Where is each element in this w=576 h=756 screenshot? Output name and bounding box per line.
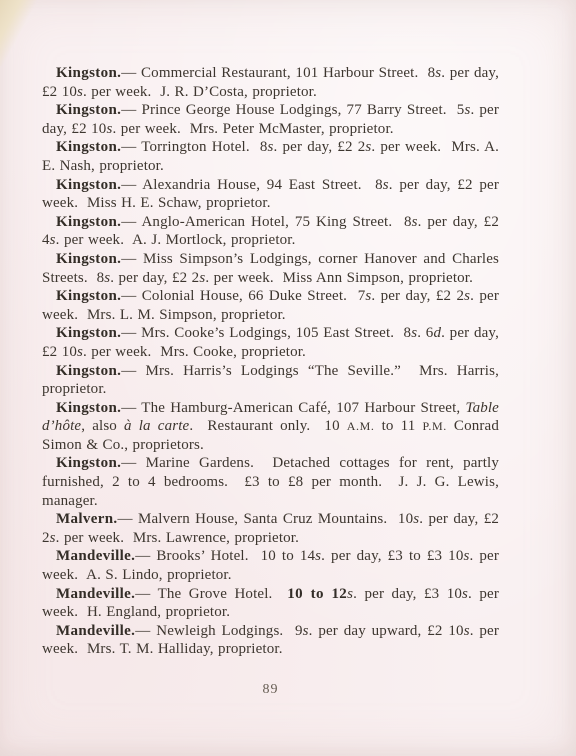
page-corner-fold	[0, 0, 38, 66]
directory-entry: Kingston.— Alexandria House, 94 East Str…	[42, 176, 499, 213]
entry-text: . per day, £2 2	[274, 139, 366, 155]
entry-text: — The Hamburg-American Café, 107 Harbour…	[121, 400, 465, 416]
directory-entry: Kingston.— Prince George House Lodgings,…	[42, 101, 499, 138]
directory-entry: Mandeville.— Newleigh Lodgings. 9s. per …	[42, 622, 499, 659]
entry-text: — Alexandria House, 94 East Street. 8	[121, 177, 383, 193]
entry-text: . per day, £3 10	[353, 586, 462, 602]
entry-text: to 11	[375, 418, 423, 434]
place-name: Mandeville.	[56, 623, 135, 639]
entry-text: à la carte	[124, 418, 189, 434]
place-name: Kingston.	[56, 214, 121, 230]
place-name: Kingston.	[56, 363, 121, 379]
entries-list: Kingston.— Commercial Restaurant, 101 Ha…	[42, 64, 499, 659]
entry-text: — Torrington Hotel. 8	[121, 139, 267, 155]
directory-entry: Kingston.— Mrs. Harris’s Lodgings “The S…	[42, 362, 499, 399]
entry-text: — Malvern House, Santa Cruz Mountains. 1…	[118, 511, 414, 527]
place-name: Kingston.	[56, 139, 121, 155]
page-number: 89	[42, 682, 499, 698]
entry-text: , also	[81, 418, 124, 434]
entry-text: . per week. A. J. Mortlock, proprietor.	[56, 232, 296, 248]
directory-entry: Kingston.— Colonial House, 66 Duke Stree…	[42, 287, 499, 324]
place-name: 10 to 12	[287, 586, 347, 602]
directory-entry: Mandeville.— Brooks’ Hotel. 10 to 14s. p…	[42, 547, 499, 584]
entry-text: — Colonial House, 66 Duke Street. 7	[121, 288, 365, 304]
directory-entry: Kingston.— Marine Gardens. Detached cott…	[42, 454, 499, 510]
entry-text: — Mrs. Cooke’s Lodgings, 105 East Street…	[121, 325, 411, 341]
entry-text: . per day, £2 2	[110, 270, 199, 286]
entry-text: — Newleigh Lodgings. 9	[135, 623, 302, 639]
place-name: Mandeville.	[56, 548, 135, 564]
entry-text: . per week. Mrs. Lawrence, proprietor.	[56, 530, 299, 546]
entry-text: . Restaurant only. 10	[189, 418, 346, 434]
entry-text: . per day, £3 to £3 10	[321, 548, 463, 564]
directory-entry: Kingston.— Mrs. Cooke’s Lodgings, 105 Ea…	[42, 324, 499, 361]
entry-text: A.M.	[347, 419, 375, 433]
entry-text: — Commercial Restaurant, 101 Harbour Str…	[121, 65, 435, 81]
entry-text: . per day, £2 2	[371, 288, 464, 304]
entry-text: . per week. Mrs. Peter McMaster, proprie…	[112, 121, 393, 137]
entry-text: d	[433, 325, 441, 341]
entry-text: — Brooks’ Hotel. 10 to 14	[135, 548, 315, 564]
place-name: Malvern.	[56, 511, 118, 527]
directory-entry: Kingston.— Miss Simpson’s Lodgings, corn…	[42, 250, 499, 287]
directory-entry: Malvern.— Malvern House, Santa Cruz Moun…	[42, 510, 499, 547]
place-name: Kingston.	[56, 177, 121, 193]
place-name: Kingston.	[56, 400, 121, 416]
place-name: Kingston.	[56, 455, 121, 471]
directory-entry: Mandeville.— The Grove Hotel. 10 to 12s.…	[42, 585, 499, 622]
entry-text: — Prince George House Lodgings, 77 Barry…	[121, 102, 464, 118]
place-name: Kingston.	[56, 251, 121, 267]
directory-entry: Kingston.— Torrington Hotel. 8s. per day…	[42, 138, 499, 175]
directory-entry: Kingston.— The Hamburg-American Café, 10…	[42, 399, 499, 455]
entry-text: — Anglo-American Hotel, 75 King Street. …	[121, 214, 411, 230]
place-name: Kingston.	[56, 65, 121, 81]
scanned-book-page: Kingston.— Commercial Restaurant, 101 Ha…	[0, 0, 576, 756]
entry-text: — The Grove Hotel.	[135, 586, 287, 602]
place-name: Kingston.	[56, 325, 121, 341]
entry-text: . per day upward, £2 10	[309, 623, 464, 639]
entry-text: . per week. Mrs. Cooke, proprietor.	[83, 344, 306, 360]
directory-entry: Kingston.— Anglo-American Hotel, 75 King…	[42, 213, 499, 250]
entry-text: . per week. Miss Ann Simpson, proprietor…	[205, 270, 473, 286]
entry-text: . per week. J. R. D’Costa, proprietor.	[83, 84, 317, 100]
place-name: Mandeville.	[56, 586, 135, 602]
place-name: Kingston.	[56, 288, 121, 304]
entry-text: . 6	[417, 325, 433, 341]
entry-text: P.M.	[422, 419, 446, 433]
place-name: Kingston.	[56, 102, 121, 118]
directory-entry: Kingston.— Commercial Restaurant, 101 Ha…	[42, 64, 499, 101]
